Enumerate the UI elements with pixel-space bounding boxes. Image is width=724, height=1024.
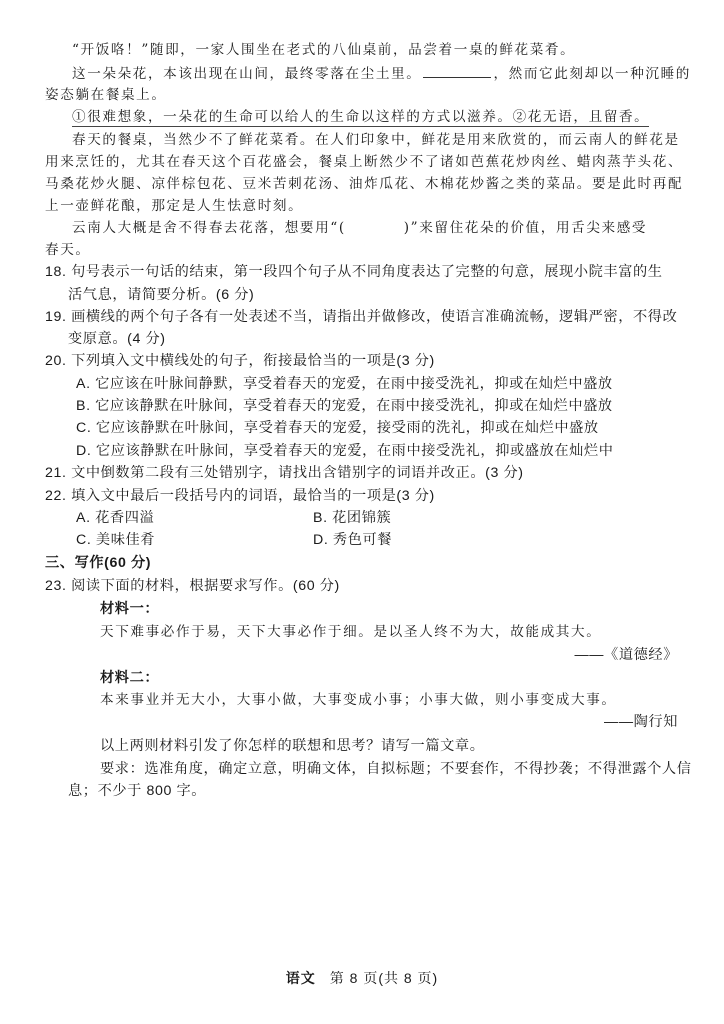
question-18-line-1: 18. 句号表示一句话的结束，第一段四个句子从不同角度表达了完整的句意，展现小院… xyxy=(45,262,663,282)
question-22-stem: 22. 填入文中最后一段括号内的词语，最恰当的一项是(3 分) xyxy=(45,486,435,506)
footer-page-info: 第 8 页(共 8 页) xyxy=(330,970,438,986)
underlined-text: ①很难想象，一朵花的生命可以给人的生命以这样的方式以滋养。②花无语，且留香。 xyxy=(72,109,649,127)
question-20-option-b: B. 它应该静默在叶脉间，享受着春天的宠爱，在雨中接受洗礼，抑或在灿烂中盛放 xyxy=(76,396,613,416)
passage-line-5: 春天的餐桌，当然少不了鲜花菜肴。在人们印象中，鲜花是用来欣赏的，而云南人的鲜花是 xyxy=(72,130,680,150)
question-23-stem: 23. 阅读下面的材料，根据要求写作。(60 分) xyxy=(45,576,340,596)
material-2-text: 本来事业并无大小，大事小做，大事变成小事；小事大做，则小事变成大事。 xyxy=(100,690,617,710)
writing-requirements-line-1: 要求：选准角度，确定立意，明确文体，自拟标题；不要套作，不得抄袭；不得泄露个人信 xyxy=(100,759,692,779)
question-19-line-1: 19. 画横线的两个句子各有一处表述不当，请指出并做修改，使语言准确流畅，逻辑严… xyxy=(45,307,677,327)
material-1-text: 天下难事必作于易，天下大事必作于细。是以圣人终不为大，故能成其大。 xyxy=(100,622,601,642)
passage-line-6: 用来烹饪的，尤其在春天这个百花盛会，餐桌上断然少不了诸如芭蕉花炒肉丝、蜡肉蒸芋头… xyxy=(45,152,683,172)
passage-line-2a: 这一朵朵花，本该出现在山间，最终零落在尘土里。 xyxy=(72,66,421,82)
passage-line-1: “开饭咯！”随即，一家人围坐在老式的八仙桌前，品尝着一桌的鲜花菜肴。 xyxy=(72,40,575,60)
passage-line-10: 春天。 xyxy=(45,240,91,260)
passage-line-8: 上一壶鲜花酿，那定是人生怯意时刻。 xyxy=(45,196,303,216)
question-20-option-a: A. 它应该在叶脉间静默，享受着春天的宠爱，在雨中接受洗礼，抑或在灿烂中盛放 xyxy=(76,374,613,394)
passage-line-3: 姿态躺在餐桌上。 xyxy=(45,85,167,105)
passage-line-7: 马桑花炒火腿、凉伴棕包花、豆米苦刺花汤、油炸瓜花、木棉花炒酱之类的菜品。要是此时… xyxy=(45,174,683,194)
question-22-option-a: A. 花香四溢 xyxy=(76,508,154,528)
question-21-stem: 21. 文中倒数第二段有三处错别字，请找出含错别字的词语并改正。(3 分) xyxy=(45,463,524,483)
page-footer: 语文第 8 页(共 8 页) xyxy=(0,968,724,988)
footer-subject: 语文 xyxy=(286,970,316,986)
writing-prompt: 以上两则材料引发了你怎样的联想和思考？请写一篇文章。 xyxy=(100,736,484,756)
question-22-option-d: D. 秀色可餐 xyxy=(313,530,392,550)
writing-requirements-line-2: 息；不少于 800 字。 xyxy=(68,781,206,801)
question-20-stem: 20. 下列填入文中横线处的句子，衔接最恰当的一项是(3 分) xyxy=(45,351,435,371)
passage-line-9b: )”来留住花朵的价值，用舌尖来感受 xyxy=(404,220,647,236)
question-20-option-d: D. 它应该静默在叶脉间，享受着春天的宠爱，在雨中接受洗礼，抑或盛放在灿烂中 xyxy=(76,441,614,461)
passage-line-2b: ，然而它此刻却以一种沉睡的 xyxy=(493,66,691,82)
material-1-source: ——《道德经》 xyxy=(574,645,678,665)
question-18-line-2: 活气息，请简要分析。(6 分) xyxy=(68,285,254,305)
material-1-label: 材料一： xyxy=(100,599,159,619)
section-title-writing: 三、写作(60 分) xyxy=(45,553,151,573)
question-20-option-c: C. 它应该静默在叶脉间，享受着春天的宠爱，接受雨的洗礼，抑或在灿烂中盛放 xyxy=(76,418,599,438)
passage-line-2: 这一朵朵花，本该出现在山间，最终零落在尘土里。，然而它此刻却以一种沉睡的 xyxy=(72,63,691,84)
fill-in-blank xyxy=(423,63,491,78)
passage-line-9a: 云南人大概是舍不得春去花落，想要用“( xyxy=(72,220,346,236)
question-22-option-c: C. 美味佳肴 xyxy=(76,530,155,550)
question-22-option-b: B. 花团锦簇 xyxy=(313,508,391,528)
passage-line-9: 云南人大概是舍不得春去花落，想要用“()”来留住花朵的价值，用舌尖来感受 xyxy=(72,218,647,238)
underlined-sentences: ①很难想象，一朵花的生命可以给人的生命以这样的方式以滋养。②花无语，且留香。 xyxy=(72,107,649,127)
material-2-label: 材料二： xyxy=(100,668,159,688)
material-2-source: ——陶行知 xyxy=(604,712,678,732)
question-19-line-2: 变原意。(4 分) xyxy=(68,329,166,349)
exam-page: “开饭咯！”随即，一家人围坐在老式的八仙桌前，品尝着一桌的鲜花菜肴。 这一朵朵花… xyxy=(0,0,724,1024)
